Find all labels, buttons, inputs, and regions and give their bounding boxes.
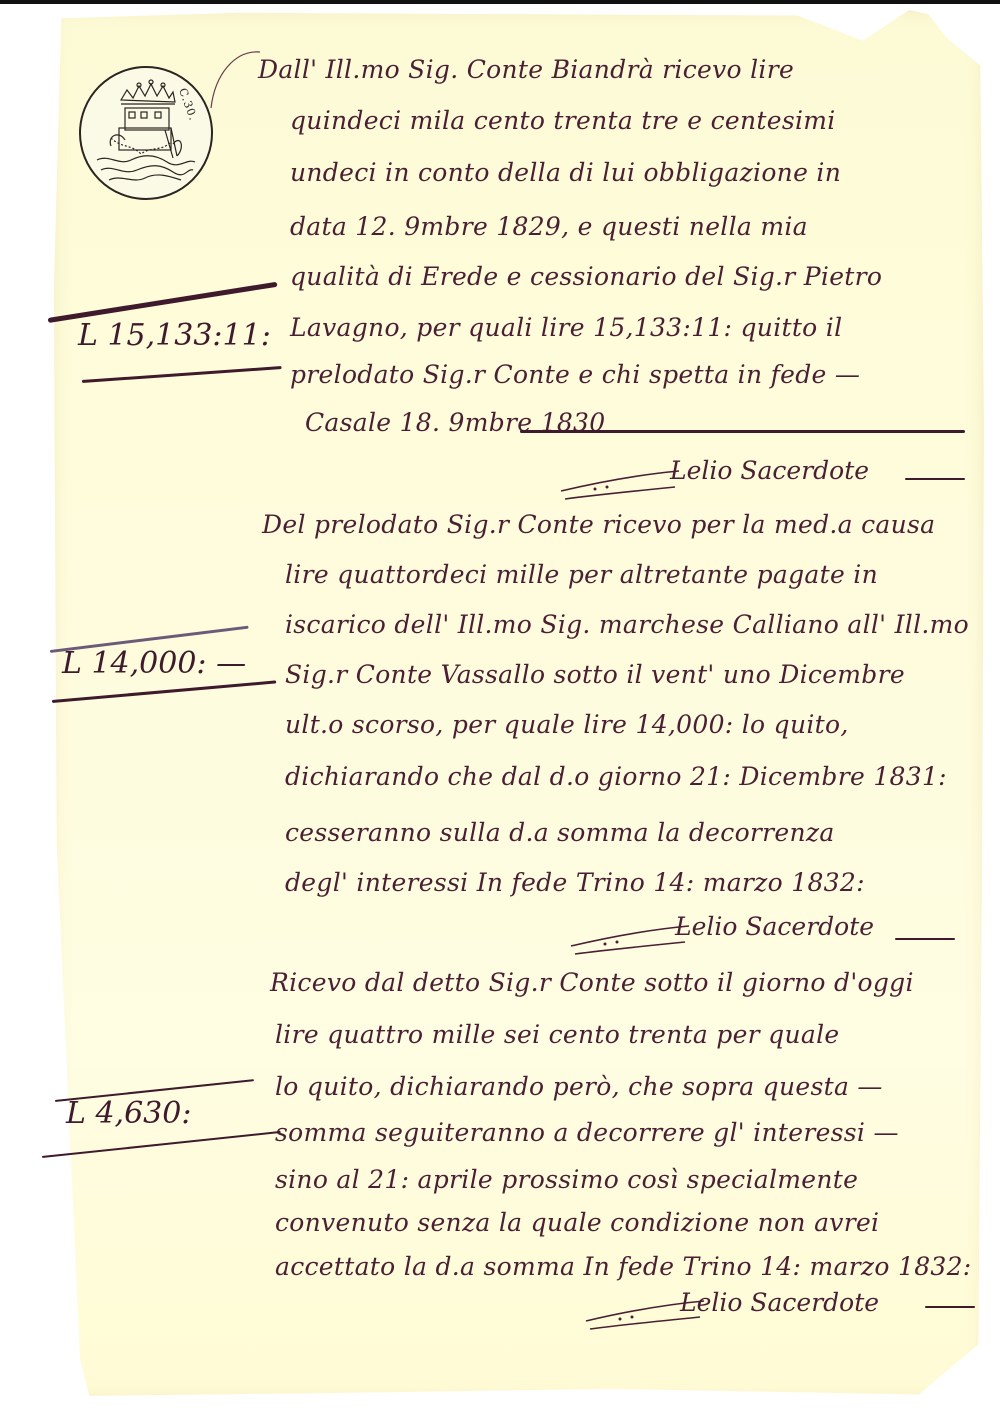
entry-2-line-5: ult.o scorso, per quale lire 14,000: lo … <box>285 710 849 739</box>
entry-3-line-7: accettato la d.a somma In fede Trino 14:… <box>275 1252 972 1281</box>
entry-2-line-4: Sig.r Conte Vassallo sotto il vent' uno … <box>285 660 905 689</box>
signature-dash-2 <box>895 938 955 940</box>
closing-rule <box>520 430 965 433</box>
entry-2-line-7: cesseranno sulla d.a somma la decorrenza <box>285 818 835 847</box>
entry-2-line-3: iscarico dell' Ill.mo Sig. marchese Call… <box>285 610 969 639</box>
entry-2-line-1: Del prelodato Sig.r Conte ricevo per la … <box>262 510 935 539</box>
margin-amount-1: L 15,133:11: <box>78 318 271 353</box>
entry-3-line-2: lire quattro mille sei cento trenta per … <box>275 1020 839 1049</box>
entry-2-line-6: dichiarando che dal d.o giorno 21: Dicem… <box>285 762 947 791</box>
entry-1-line-3: undeci in conto della di lui obbligazion… <box>290 158 841 187</box>
coat-of-arms-stamp-icon <box>81 68 211 198</box>
signature-2: Lelio Sacerdote <box>675 912 874 941</box>
entry-2-line-2: lire quattordeci mille per altretante pa… <box>285 560 878 589</box>
entry-1-line-5: qualità di Erede e cessionario del Sig.r… <box>290 262 882 291</box>
entry-3-line-6: convenuto senza la quale condizione non … <box>275 1208 879 1237</box>
entry-3-line-5: sino al 21: aprile prossimo così special… <box>275 1165 858 1194</box>
scan-top-edge <box>0 0 1000 4</box>
signature-dash-3 <box>925 1306 975 1308</box>
entry-3-line-3: lo quito, dichiarando però, che sopra qu… <box>275 1072 883 1101</box>
signature-3: Lelio Sacerdote <box>680 1288 879 1317</box>
entry-1-line-2: quindeci mila cento trenta tre e centesi… <box>290 106 836 135</box>
opening-flourish <box>205 44 265 114</box>
entry-3-line-1: Ricevo dal detto Sig.r Conte sotto il gi… <box>270 968 914 997</box>
revenue-stamp: C.30. <box>79 66 213 200</box>
entry-1-line-6: Lavagno, per quali lire 15,133:11: quitt… <box>290 313 842 342</box>
margin-amount-2: L 14,000: — <box>62 646 246 681</box>
signature-1: Lelio Sacerdote <box>670 456 869 485</box>
margin-amount-3: L 4,630: <box>66 1096 191 1131</box>
entry-1-line-7: prelodato Sig.r Conte e chi spetta in fe… <box>290 360 860 389</box>
entry-1-line-1: Dall' Ill.mo Sig. Conte Biandrà ricevo l… <box>258 55 794 84</box>
entry-1-line-4: data 12. 9mbre 1829, e questi nella mia <box>290 212 808 241</box>
entry-2-line-8: degl' interessi In fede Trino 14: marzo … <box>285 868 865 897</box>
entry-3-line-4: somma seguiteranno a decorrere gl' inter… <box>275 1118 899 1147</box>
signature-flourish-1 <box>555 465 685 505</box>
signature-dash-1 <box>905 478 965 480</box>
